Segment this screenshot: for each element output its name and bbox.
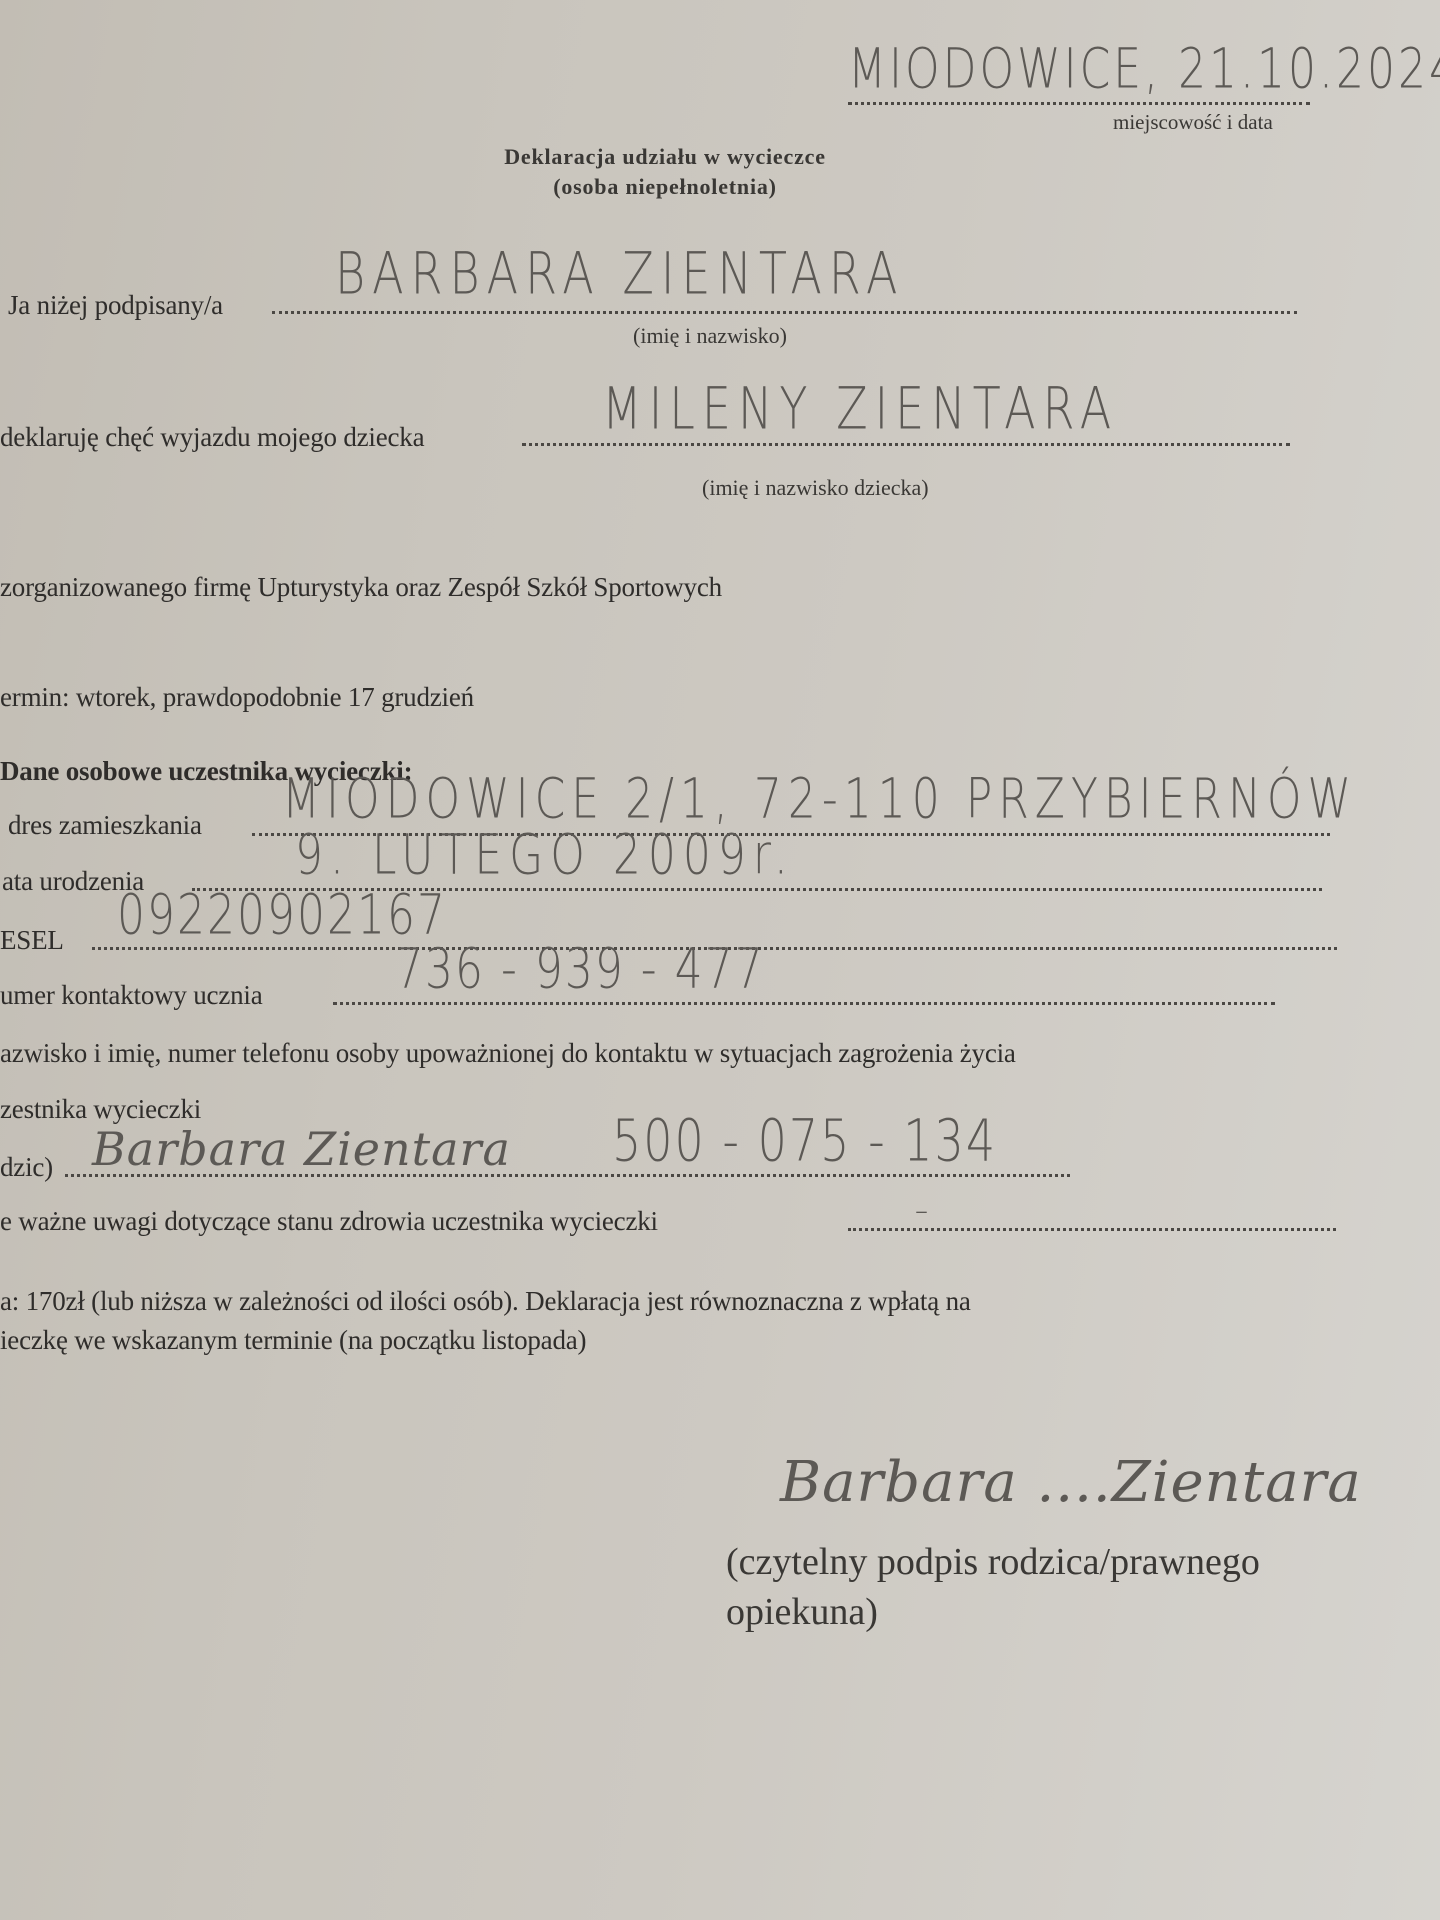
emergency-contact-line1: azwisko i imię, numer telefonu osoby upo… (0, 1038, 1016, 1069)
address-label: dres zamieszkania (8, 810, 202, 841)
health-notes-label: e ważne uwagi dotyczące stanu zdrowia uc… (0, 1206, 658, 1237)
student-phone-dotted-line (333, 1002, 1275, 1005)
place-date-value: MIODOWICE, 21.10.2024r. (848, 37, 1440, 101)
parent-name-value: BARBARA ZIENTARA (335, 240, 904, 308)
place-date-caption: miejscowość i data (1113, 110, 1273, 135)
price-line1: a: 170zł (lub niższa w zależności od ilo… (0, 1286, 971, 1317)
emergency-contact-line2: zestnika wycieczki (0, 1094, 201, 1125)
place-date-dotted-line (848, 102, 1310, 105)
birth-date-value: 9. LUTEGO 2009r. (295, 823, 795, 887)
signature-caption-line1: (czytelny podpis rodzica/prawnego (726, 1540, 1260, 1584)
document-subtitle: (osoba niepełnoletnia) (440, 174, 890, 200)
parent-name-dotted-line (272, 311, 1297, 314)
parent-name-label: Ja niżej podpisany/a (8, 290, 223, 321)
health-notes-value: – (915, 1193, 934, 1231)
document-title: Deklaracja udziału w wycieczce (440, 144, 890, 170)
pesel-label: ESEL (0, 925, 64, 956)
term-line: ermin: wtorek, prawdopodobnie 17 grudzie… (0, 682, 474, 713)
parent-name-caption: (imię i nazwisko) (633, 323, 787, 349)
emergency-contact-phone: 500 - 075 - 134 (612, 1107, 997, 1175)
student-phone-value: 736 - 939 - 477 (395, 937, 765, 1001)
student-phone-label: umer kontaktowy ucznia (0, 980, 263, 1011)
emergency-contact-label: dzic) (0, 1152, 53, 1183)
child-name-label: deklaruję chęć wyjazdu mojego dziecka (0, 422, 424, 453)
signature-caption-line2: opiekuna) (726, 1590, 878, 1634)
emergency-contact-name: Barbara Zientara (92, 1122, 511, 1176)
child-name-caption: (imię i nazwisko dziecka) (702, 475, 929, 501)
parent-signature: Barbara ....Zientara (780, 1450, 1362, 1515)
child-name-value: MILENY ZIENTARA (602, 375, 1118, 443)
child-name-dotted-line (522, 443, 1290, 446)
organizer-line: zorganizowanego firmę Upturystyka oraz Z… (0, 572, 722, 603)
price-line2: ieczkę we wskazanym terminie (na początk… (0, 1325, 586, 1356)
address-value: MIODOWICE 2/1, 72-110 PRZYBIERNÓW (282, 767, 1357, 831)
